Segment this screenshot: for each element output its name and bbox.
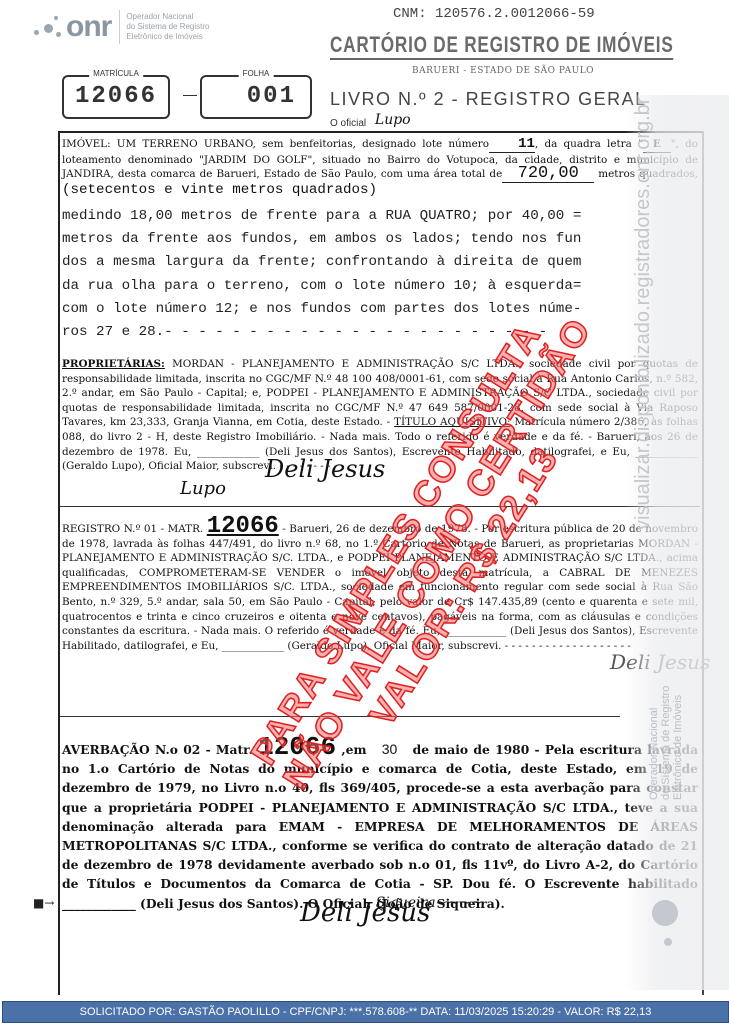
folha-label: FOLHA: [239, 69, 274, 78]
deli-signature: Deli Jesus: [265, 455, 385, 483]
averbacao-em: ,em: [341, 742, 366, 757]
onr-tagline-line: do Sistema de Registro: [126, 22, 209, 32]
registry-office-title: CARTÓRIO DE REGISTRO DE IMÓVEIS: [330, 32, 674, 60]
imovel-description: IMÓVEL: UM TERRENO URBANO, sem benfeitor…: [62, 137, 698, 197]
typed-line: da rua olha para o terreno, com o lote n…: [62, 275, 698, 298]
titulo-aquisitivo-label: TÍTULO AQUISITIVO:: [394, 416, 510, 428]
registry-office-location: BARUERI - ESTADO DE SÃO PAULO: [412, 66, 594, 76]
side-watermark-line: do Sistema de Registro: [660, 720, 672, 800]
onr-tagline-line: Operador Nacional: [126, 12, 209, 22]
onr-tagline-line: Eletrônico de Imóveis: [126, 32, 209, 42]
oficial-signature: Lupo: [375, 112, 411, 128]
onr-wordmark: onr: [66, 10, 111, 44]
box-connector: [183, 95, 197, 96]
oficial-label: O oficial Lupo: [330, 114, 405, 130]
logo-divider: [119, 10, 120, 44]
side-logo-dot-icon: [664, 938, 672, 946]
margin-arrow-icon: ■→: [33, 896, 54, 910]
side-onr-watermark: Operador Nacional do Sistema de Registro…: [648, 720, 684, 800]
imovel-text: IMÓVEL: UM TERRENO URBANO, sem benfeitor…: [62, 138, 489, 150]
side-watermark-line: Operador Nacional: [648, 720, 660, 800]
oficial-label-text: O oficial: [330, 118, 366, 129]
averbacao-02-section: AVERBAÇÃO N.o 02 - Matr. 12066 ,em 30 de…: [62, 738, 698, 913]
area-value: 720,00: [502, 167, 594, 183]
averbacao-matricula: 12066: [258, 732, 336, 762]
typed-line: (setecentos e vinte metros quadrados): [62, 182, 377, 198]
averbacao-prefix: AVERBAÇÃO N.o 02 - Matr.: [62, 742, 253, 757]
onr-logo: onr Operador Nacional do Sistema de Regi…: [32, 10, 209, 44]
imovel-typed-block: medindo 18,00 metros de frente para a RU…: [62, 205, 698, 344]
side-watermark-line: Eletrônico de Imóveis: [672, 720, 684, 800]
lupo-signature: Lupo: [180, 478, 226, 499]
typed-line: metros da frente aos fundos, em ambos os…: [62, 228, 698, 251]
averbacao-day: 30: [372, 741, 408, 757]
typed-line: medindo 18,00 metros de frente para a RU…: [62, 205, 698, 228]
deli-signature-3: Deli Jesus: [300, 898, 430, 928]
registro-matricula: 12066: [207, 513, 279, 540]
folha-number: 001: [202, 83, 310, 110]
onr-tagline: Operador Nacional do Sistema de Registro…: [126, 12, 209, 42]
registry-document-page: onr Operador Nacional do Sistema de Regi…: [0, 0, 729, 1024]
request-info-footer: SOLICITADO POR: GASTÃO PAOLILLO - CPF/CN…: [2, 1001, 729, 1023]
onr-dots-icon: [32, 12, 66, 42]
typed-line: ros 27 e 28.- - - - - - - - - - - - - - …: [62, 321, 698, 344]
lote-number: 11: [489, 137, 535, 153]
section-divider: [60, 716, 620, 717]
proprietarias-label: PROPRIETÁRIAS:: [62, 358, 165, 370]
side-logo-dot-icon: [652, 900, 678, 926]
imovel-text: , da quadra letra: [535, 138, 632, 150]
registro-01-section: REGISTRO N.º 01 - MATR. 12066 - Barueri,…: [62, 520, 698, 653]
section-divider: [60, 506, 700, 507]
matricula-label: MATRÍCULA: [89, 69, 143, 78]
registro-prefix: REGISTRO N.º 01 - MATR.: [62, 523, 203, 535]
typed-line: dos a mesma largura da frente; confronta…: [62, 251, 698, 274]
folha-box: FOLHA 001: [200, 75, 312, 119]
cnm-code: CNM: 120576.2.0012066-59: [393, 6, 595, 22]
averbacao-text: de maio de 1980 - Pela escritura lavrada…: [62, 742, 698, 911]
matricula-box: MATRÍCULA 12066: [62, 75, 170, 119]
matricula-number: 12066: [64, 83, 168, 110]
book-title: LIVRO N.º 2 - REGISTRO GERAL: [330, 89, 647, 110]
typed-line: com o lote número 12; e nos fundos com p…: [62, 298, 698, 321]
registro-text: - Barueri, 26 de dezembro de 1978. - Por…: [62, 523, 698, 652]
side-url-watermark: visualizar.disponibilizado.registradores…: [632, 98, 655, 530]
